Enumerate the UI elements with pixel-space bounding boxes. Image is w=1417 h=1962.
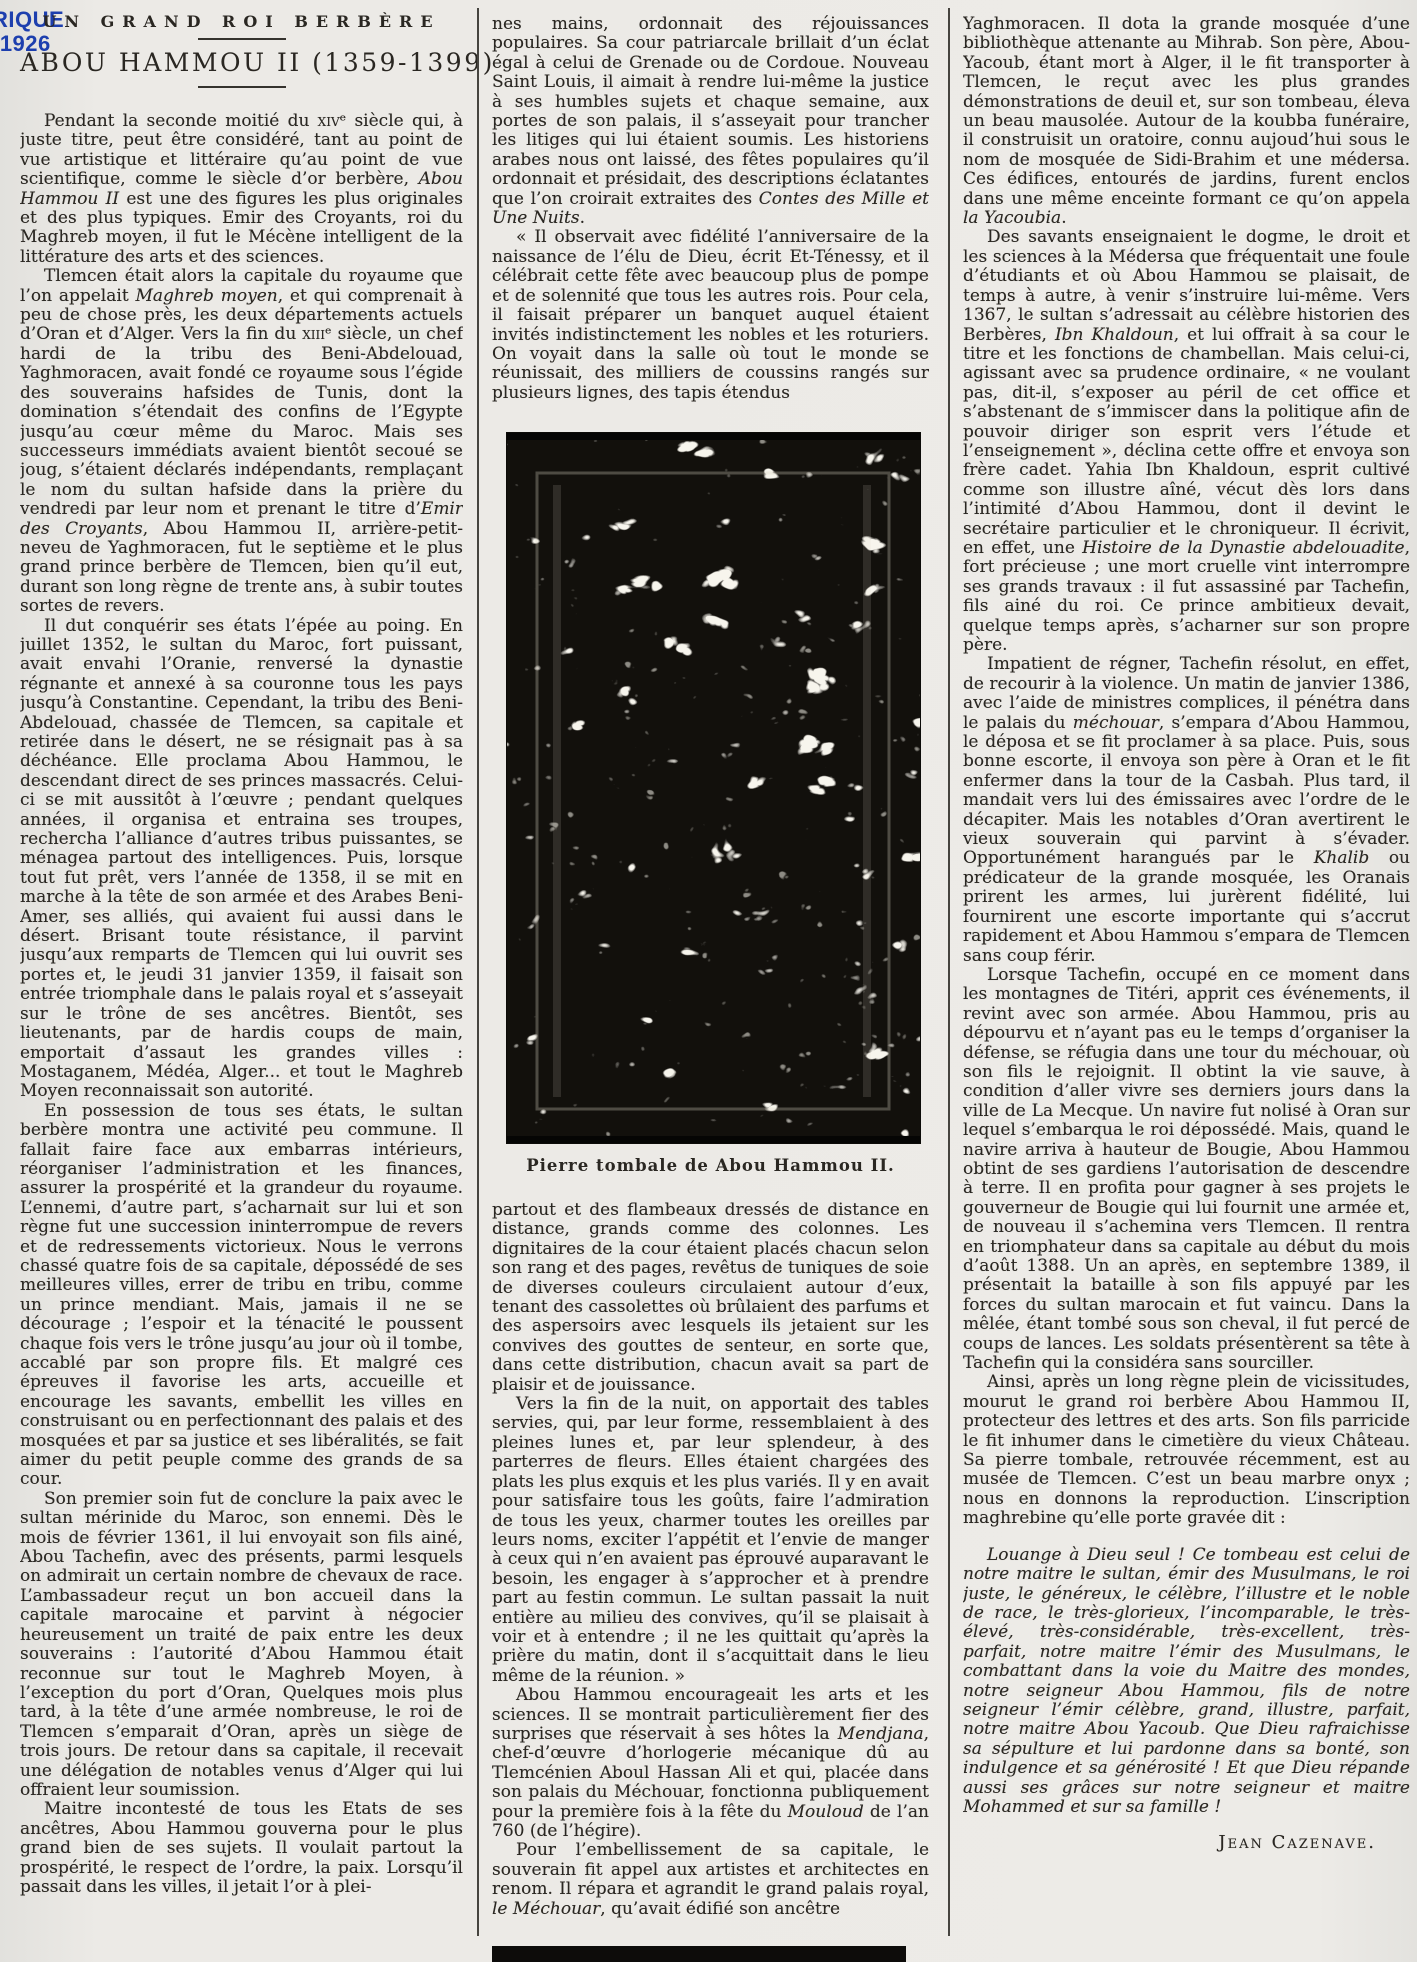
text-column-2-upper: nes mains, ordonnait des réjouissances p…	[492, 15, 929, 429]
article-header: UN GRAND ROI BERBÈRE ABOU HAMMOU II (135…	[20, 12, 463, 94]
tombstone-photo	[507, 433, 920, 1143]
text-column-1: Pendant la seconde moitié du xivᵉ siècle…	[20, 112, 463, 1936]
paragraph: Impatient de régner, Tachefin résolut, e…	[963, 655, 1410, 966]
paragraph: Tlemcen était alors la capitale du royau…	[20, 267, 463, 616]
scanned-article-page: RIQUE -1926 UN GRAND ROI BERBÈRE ABOU HA…	[0, 0, 1417, 1962]
paragraph: Pendant la seconde moitié du xivᵉ siècle…	[20, 112, 463, 267]
paragraph: Abou Hammou encourageait les arts et les…	[492, 1686, 929, 1841]
paragraph: Vers la fin de la nuit, on apportait des…	[492, 1395, 929, 1686]
paragraph: Son premier soin fut de conclure la paix…	[20, 1490, 463, 1801]
paragraph: En possession de tous ses états, le sult…	[20, 1102, 463, 1490]
column-3-paragraphs: Yaghmoracen. Il dota la grande mosquée d…	[963, 15, 1410, 1817]
paragraph: Louange à Dieu seul ! Ce tombeau est cel…	[963, 1546, 1410, 1818]
paragraph: partout et des flambeaux dressés de dist…	[492, 1201, 929, 1395]
paragraph: nes mains, ordonnait des réjouissances p…	[492, 15, 929, 228]
paragraph: Lorsque Tachefin, occupé en ce moment da…	[963, 966, 1410, 1374]
paragraph: Il dut conquérir ses états l’épée au poi…	[20, 617, 463, 1102]
author-signature: Jean Cazenave.	[963, 1833, 1410, 1852]
paragraph: Des savants enseignaient le dogme, le dr…	[963, 228, 1410, 655]
figure-caption: Pierre tombale de Abou Hammou II.	[492, 1156, 929, 1175]
paragraph: « Il observait avec fidélité l’anniversa…	[492, 228, 929, 403]
column-divider-2	[948, 8, 950, 1936]
paragraph: Maitre incontesté de tous les Etats de s…	[20, 1800, 463, 1897]
header-rule-top	[198, 38, 286, 40]
text-column-2-lower: partout et des flambeaux dressés de dist…	[492, 1201, 929, 1941]
paragraph: Ainsi, après un long règne plein de vici…	[963, 1373, 1410, 1528]
header-rule-bottom	[198, 86, 286, 88]
text-column-3: Yaghmoracen. Il dota la grande mosquée d…	[963, 15, 1410, 1937]
paragraph: Pour l’embellissement de sa capitale, le…	[492, 1841, 929, 1919]
tombstone-rubbing-graphic	[507, 433, 920, 1143]
column-divider-1	[477, 8, 479, 1936]
page-bottom-plate-edge	[492, 1946, 906, 1962]
paragraph: Yaghmoracen. Il dota la grande mosquée d…	[963, 15, 1410, 228]
article-title: ABOU HAMMOU II (1359-1399)	[20, 48, 463, 77]
article-kicker: UN GRAND ROI BERBÈRE	[20, 12, 463, 31]
